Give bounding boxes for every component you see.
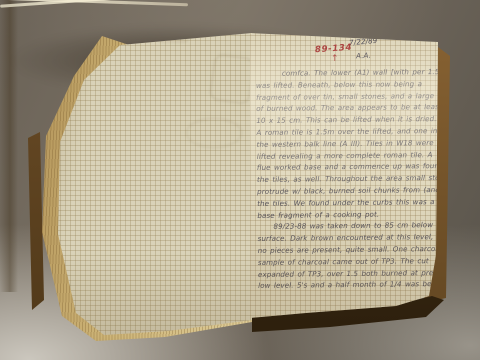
recorder-initials: A.A. [356,51,372,61]
ink-showthrough-mark [209,53,255,104]
ink-showthrough-mark [186,118,242,148]
arrow-up-icon: ↑ [331,54,339,64]
book-gutter-shadow [0,0,18,292]
notebook-photo: '89-134 210 7/22/89 A.A. 89-134 ↑ comfca… [0,0,480,360]
handwritten-entry: comfca. The lower (A1) wall [with per 1.… [256,66,440,292]
handwriting-line: low level. 5's and a half month of 1/4 w… [258,278,440,292]
